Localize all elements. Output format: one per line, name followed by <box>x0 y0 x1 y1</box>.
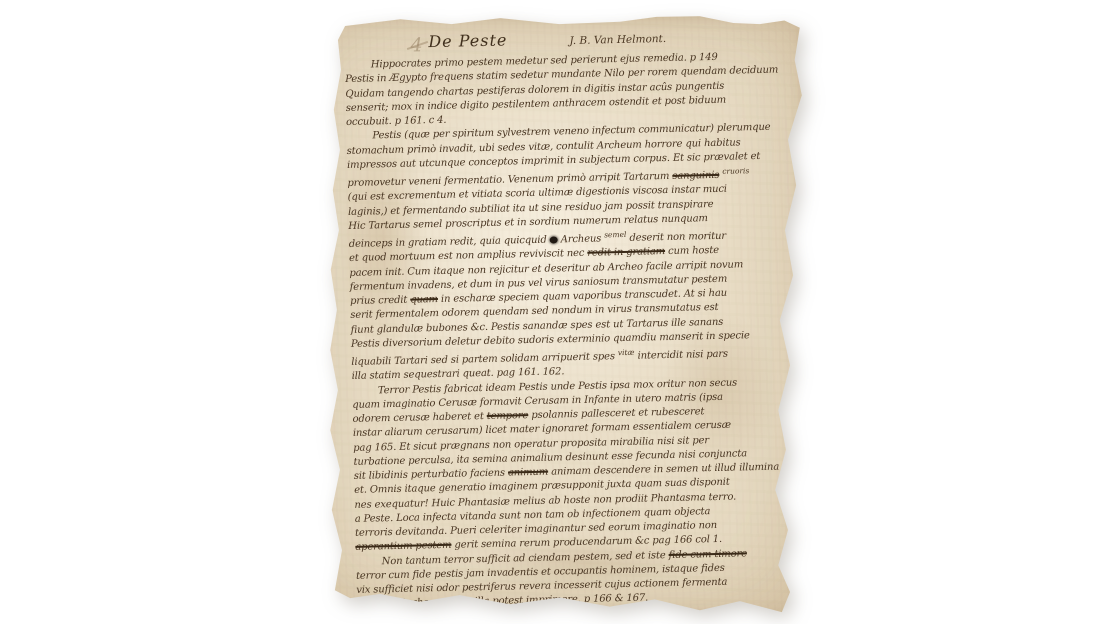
manuscript-line: turbatione perculsa, ita semina animaliu… <box>353 446 803 470</box>
manuscript-line: fermentum invadens, et dum in pus vel vi… <box>350 271 800 295</box>
manuscript-line: terror cum fide pestis jam invadentis et… <box>356 560 806 584</box>
ink-blot: ● <box>550 236 558 243</box>
manuscript-line: sit libidinis perturbatio faciens animum… <box>354 460 804 484</box>
manuscript-line: occubuit. p 161. c 4. <box>346 106 796 130</box>
manuscript-line: Hippocrates primo pestem medetur sed per… <box>345 49 795 73</box>
manuscript-page: 4 De Peste J. B. Van Helmont. Hippocrate… <box>298 12 810 620</box>
manuscript-line: liquabili Tartari sed si partem solidam … <box>351 342 801 370</box>
manuscript-line: impressos aut utcunque conceptos imprimi… <box>347 149 797 173</box>
document-title: De Peste <box>428 30 507 51</box>
manuscript-lines: Hippocrates primo pestem medetur sed per… <box>345 49 807 612</box>
title-row: De Peste J. B. Van Helmont. <box>428 24 794 51</box>
manuscript-line: Hic Tartarus semel proscriptus et in sor… <box>348 210 798 234</box>
manuscript-line: et quod mortuum est non amplius revivisc… <box>349 242 799 266</box>
manuscript-line: deinceps in gratiam redit, quia quicquid… <box>349 224 799 252</box>
manuscript-text: 4 De Peste J. B. Van Helmont. Hippocrate… <box>344 16 807 612</box>
manuscript-line: Pestis in Ægypto frequens statim sedetur… <box>345 63 795 87</box>
manuscript-line: aperantium pestem gerit semina rerum pro… <box>355 531 805 555</box>
manuscript-line: prius credit quam in escharæ speciem qua… <box>350 285 800 309</box>
manuscript-line: odorem cerusæ haberet et tempore psolann… <box>352 403 802 427</box>
photo-background: 4 De Peste J. B. Van Helmont. Hippocrate… <box>0 0 1110 624</box>
manuscript-line: pag 165. Et sicut prægnans non operatur … <box>353 432 803 456</box>
manuscript-line: vix sufficiet nisi odor pestriferus reve… <box>356 574 806 598</box>
manuscript-line: fiunt glandulæ bubones &c. Pestis sanand… <box>350 314 800 338</box>
manuscript-line: talem in Archeum fides illa potest impri… <box>356 588 806 612</box>
paper-stain <box>338 132 428 352</box>
manuscript-line: promovetur veneni fermentatio. Venenum p… <box>347 163 797 191</box>
manuscript-line: Pestis diversorium deletur debito sudori… <box>351 328 801 352</box>
manuscript-line: a Peste. Loca infecta vitanda sunt non t… <box>355 503 805 527</box>
document-author: J. B. Van Helmont. <box>569 33 666 47</box>
manuscript-line: et. Omnis itaque generatio imaginem præs… <box>354 474 804 498</box>
manuscript-line: laginis,) et fermentando subtiliat ita u… <box>348 196 798 220</box>
manuscript-line: quam imaginatio Cerusæ formavit Cerusam … <box>352 389 802 413</box>
manuscript-line: pacem init. Cum itaque non rejicitur et … <box>349 257 799 281</box>
manuscript-page-wrap: 4 De Peste J. B. Van Helmont. Hippocrate… <box>0 0 1110 624</box>
page-number-mark: 4 <box>410 34 423 56</box>
manuscript-line: senserit; mox in indice digito pestilent… <box>346 92 796 116</box>
manuscript-line: nes exequatur! Huic Phantasiæ melius ab … <box>354 489 804 513</box>
manuscript-line: Non tantum terror sufficit ad ciendam pe… <box>356 546 806 570</box>
manuscript-line: (qui est excrementum et vitiata scoria u… <box>348 181 798 205</box>
paper-stain <box>660 312 780 472</box>
manuscript-line: Terror Pestis fabricat ideam Pestis unde… <box>352 375 802 399</box>
manuscript-line: illa statim sequestrari queat. pag 161. … <box>352 360 802 384</box>
manuscript-line: instar aliarum cerusarum) licet mater ig… <box>353 417 803 441</box>
manuscript-line: terroris devitanda. Pueri celeriter imag… <box>355 517 805 541</box>
manuscript-line: Quidam tangendo chartas pestiferas dolor… <box>345 78 795 102</box>
manuscript-line: serit fermentalem odorem quendam sed non… <box>350 299 800 323</box>
manuscript-line: stomachum primò invadit, ubi sedes vitæ,… <box>347 135 797 159</box>
paper-stain <box>478 534 698 594</box>
manuscript-line: Pestis (quæ per spiritum sylvestrem vene… <box>346 120 796 144</box>
